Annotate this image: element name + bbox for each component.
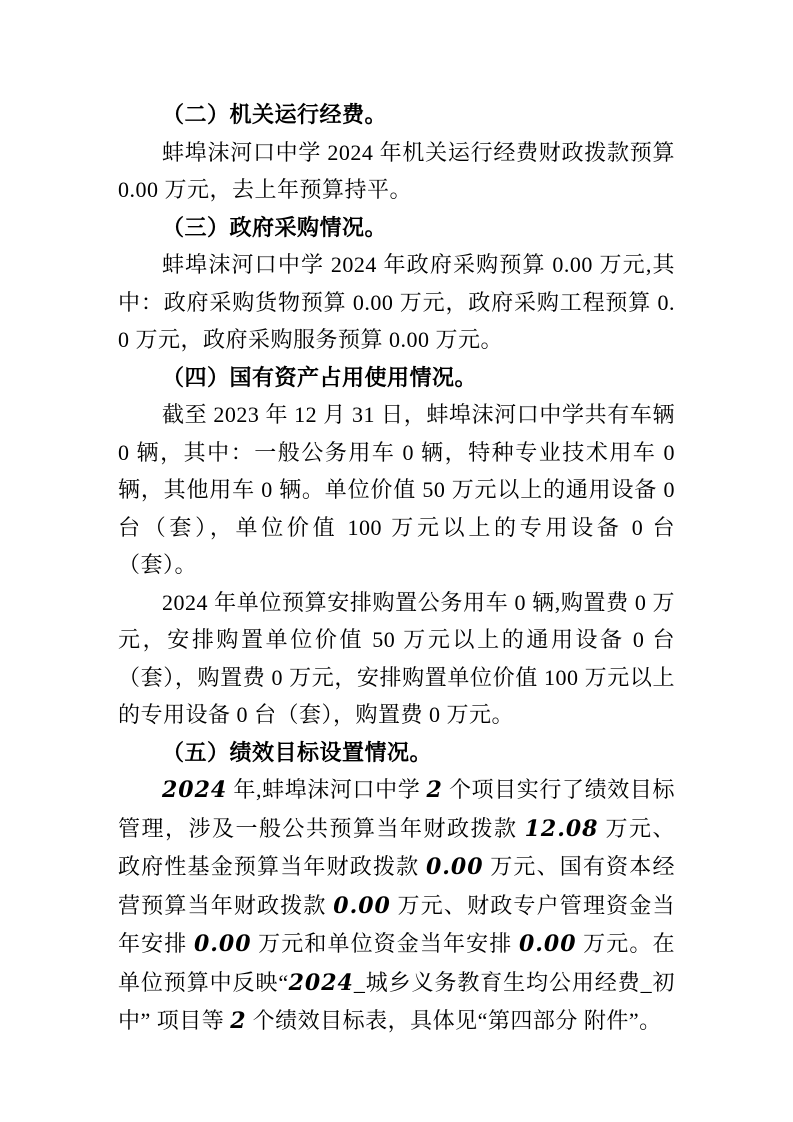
section-heading-government-procurement: （三）政府采购情况。 <box>118 209 675 247</box>
section-heading-performance-targets: （五）绩效目标设置情况。 <box>118 734 675 772</box>
value-target-table-count: 2 <box>230 1008 246 1034</box>
document-page: （二）机关运行经费。 蚌埠沫河口中学 2024 年机关运行经费财政拨款预算 0.… <box>0 0 793 1122</box>
value-public-budget-amount: 12.08 <box>525 816 599 842</box>
text-segment: 个绩效目标表，具体见“第四部分 附件”。 <box>247 1008 662 1033</box>
section-heading-agency-operating-funds: （二）机关运行经费。 <box>118 96 675 134</box>
value-project-count: 2 <box>427 777 443 803</box>
value-unit-funds-amount: 0.00 <box>519 931 577 957</box>
text-segment: 万元和单位资金当年安排 <box>252 931 519 956</box>
value-gov-fund-amount: 0.00 <box>426 854 484 880</box>
value-fiscal-account-amount: 0.00 <box>194 931 252 957</box>
section-heading-state-assets: （四）国有资产占用使用情况。 <box>118 359 675 397</box>
paragraph-state-assets-current: 截至 2023 年 12 月 31 日，蚌埠沫河口中学共有车辆 0 辆，其中：一… <box>118 396 675 584</box>
value-state-capital-amount: 0.00 <box>333 893 391 919</box>
paragraph-state-assets-planned: 2024 年单位预算安排购置公务用车 0 辆,购置费 0 万元，安排购置单位价值… <box>118 584 675 734</box>
paragraph-agency-operating-funds: 蚌埠沫河口中学 2024 年机关运行经费财政拨款预算 0.00 万元，去上年预算… <box>118 134 675 209</box>
paragraph-performance-targets: 2024 年,蚌埠沫河口中学 2 个项目实行了绩效目标管理，涉及一般公共预算当年… <box>118 771 675 1041</box>
value-project-year: 2024 <box>289 970 354 996</box>
text-segment: 年,蚌埠沫河口中学 <box>227 777 426 802</box>
value-year: 2024 <box>162 777 227 803</box>
paragraph-government-procurement: 蚌埠沫河口中学 2024 年政府采购预算 0.00 万元,其中：政府采购货物预算… <box>118 246 675 359</box>
